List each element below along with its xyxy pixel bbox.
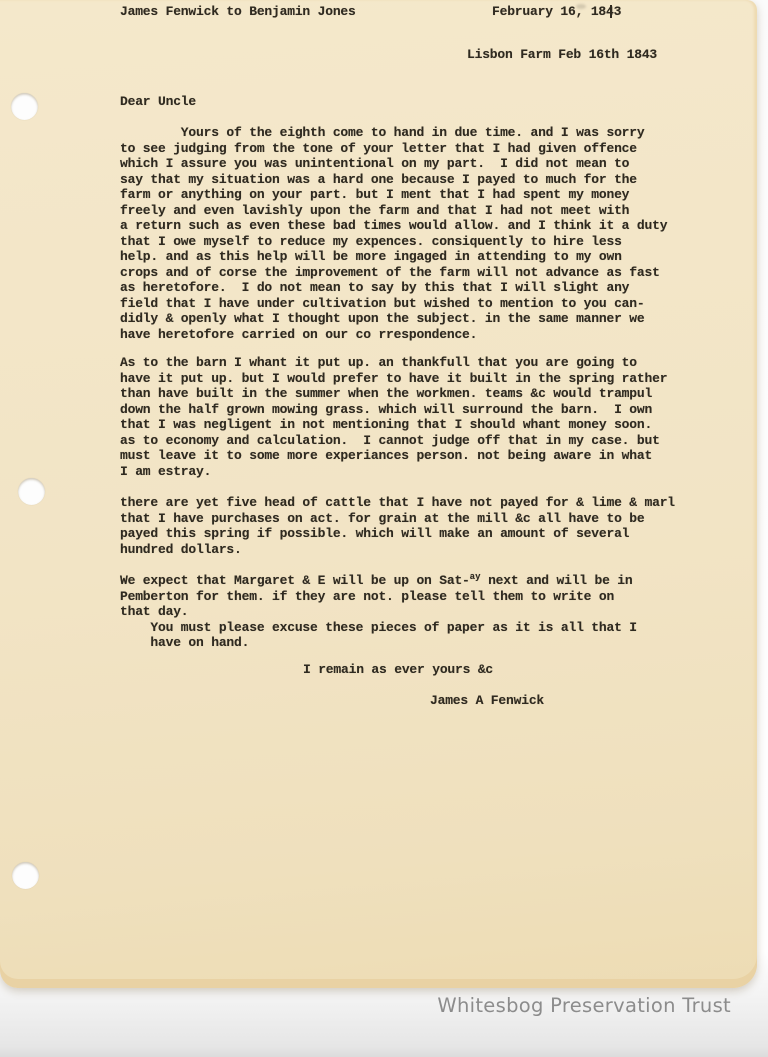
paragraph-4-superscript: ay xyxy=(470,572,481,582)
letter-salutation: Dear Uncle xyxy=(120,94,196,110)
letter-header-date: February 16, 1843 xyxy=(492,4,621,20)
date-overstruck-digit: 4 xyxy=(606,4,614,20)
date-text-post: 3 xyxy=(614,4,622,19)
letter-paper: James Fenwick to Benjamin Jones February… xyxy=(0,0,757,988)
paragraph-4-pre: We expect that Margaret & E will be up o… xyxy=(120,573,470,588)
letter-paragraph-4: We expect that Margaret & E will be up o… xyxy=(120,570,637,651)
scanned-letter-page: James Fenwick to Benjamin Jones February… xyxy=(0,0,768,1057)
punch-hole-bottom xyxy=(12,862,39,889)
letter-signature: James A Fenwick xyxy=(430,693,544,709)
watermark-text: Whitesbog Preservation Trust xyxy=(437,994,731,1017)
letter-paragraph-3: there are yet five head of cattle that I… xyxy=(120,495,675,557)
letter-header-from-to: James Fenwick to Benjamin Jones xyxy=(120,4,356,20)
letter-closing: I remain as ever yours &c xyxy=(303,662,493,678)
date-text-pre: February 16, 18 xyxy=(492,4,606,19)
letter-paragraph-1: Yours of the eighth come to hand in due … xyxy=(120,125,667,342)
punch-hole-middle xyxy=(18,478,45,505)
punch-hole-top xyxy=(11,93,38,120)
letter-dateline: Lisbon Farm Feb 16th 1843 xyxy=(467,47,657,63)
letter-paragraph-2: As to the barn I whant it put up. an tha… xyxy=(120,355,667,479)
